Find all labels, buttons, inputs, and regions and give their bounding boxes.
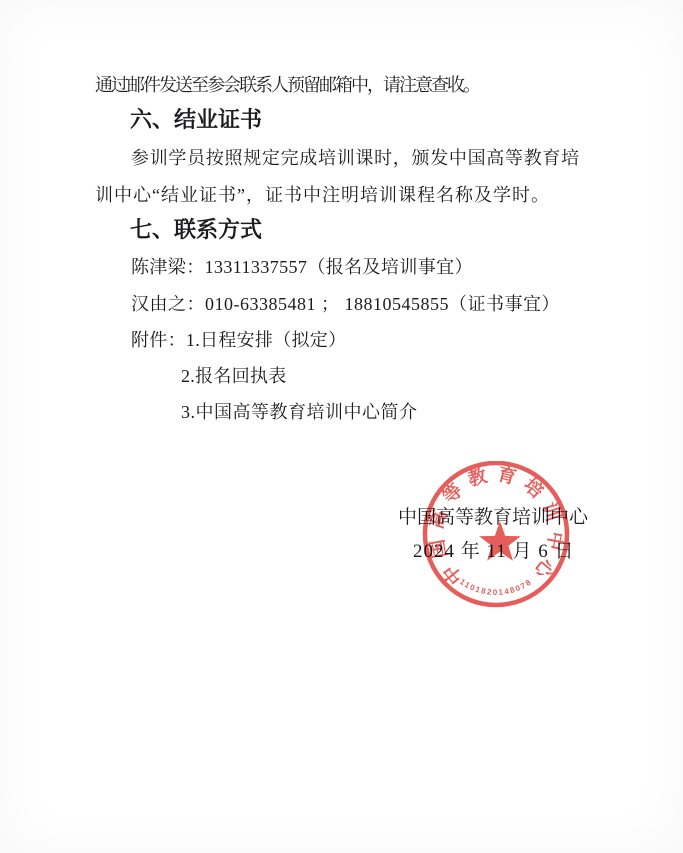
section7-heading: 七、联系方式 <box>130 217 262 243</box>
attachments-line-2: 2.报名回执表 <box>181 363 287 389</box>
seal-serial-container: 1101820148078 <box>458 577 534 597</box>
signature-org: 中国高等教育培训中心 <box>398 505 588 531</box>
seal-border-circle <box>425 463 567 605</box>
seal-serial-number: 1101820148078 <box>458 577 534 597</box>
official-seal: 中国高等教育培训中心 1101820148078 <box>419 461 573 615</box>
section6-heading: 六、结业证书 <box>130 107 262 133</box>
signature-date: 2024 年 11 月 6 日 <box>413 539 575 565</box>
contact-line-2: 汉由之：010-63385481 ； 18810545855（证书事宜） <box>131 291 560 317</box>
section6-body-line1: 参训学员按照规定完成培训课时，颁发中国高等教育培 <box>131 145 580 171</box>
attachments-line-1: 附件：1.日程安排（拟定） <box>131 327 346 353</box>
attachments-line-3: 3.中国高等教育培训中心简介 <box>181 399 418 425</box>
intro-line: 通过邮件发送至参会联系人预留邮箱中，请注意查收。 <box>95 72 479 98</box>
contact-line-1: 陈津梁：13311337557（报名及培训事宜） <box>131 254 473 280</box>
document-page: 通过邮件发送至参会联系人预留邮箱中，请注意查收。 六、结业证书 参训学员按照规定… <box>0 0 683 853</box>
section6-body-line2: 训中心“结业证书”，证书中注明培训课程名称及学时。 <box>95 182 550 208</box>
